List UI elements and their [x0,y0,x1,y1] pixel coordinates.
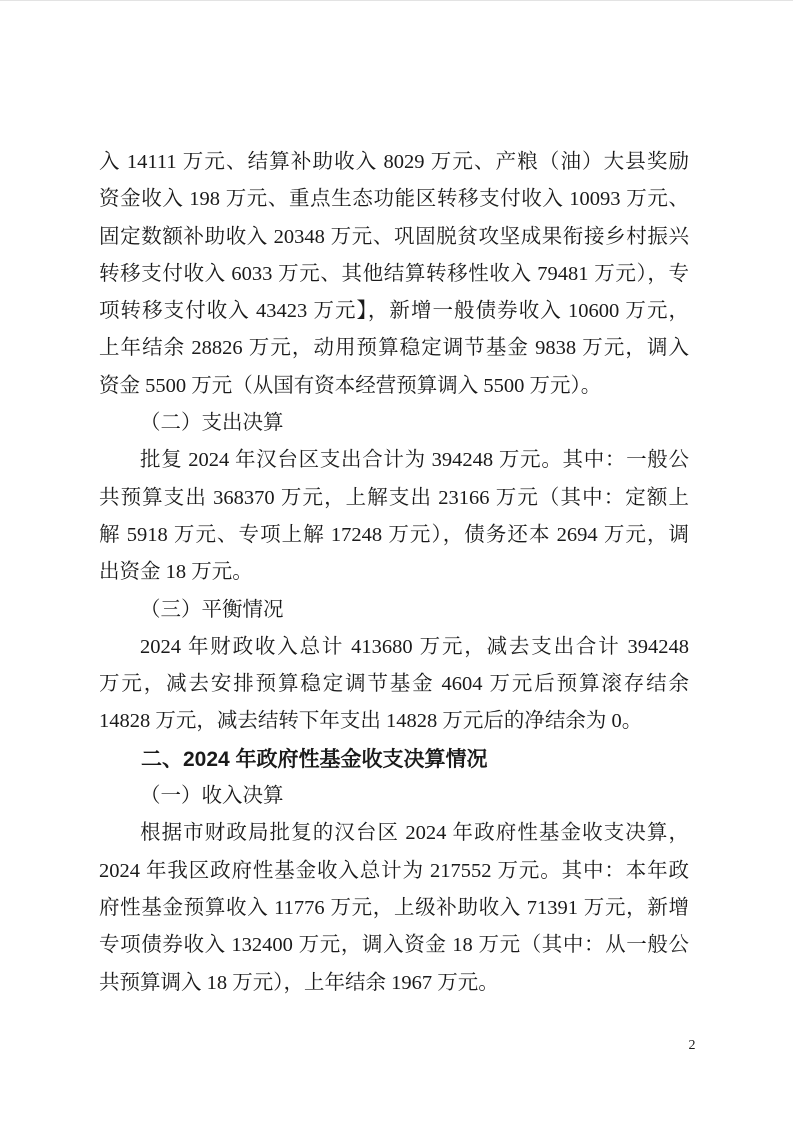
document-text-block: 入 14111 万元、结算补助收入 8029 万元、产粮（油）大县奖励 资金收入… [99,144,689,1002]
page-number: 2 [680,1037,704,1055]
body-line: 资金收入 198 万元、重点生态功能区转移支付收入 10093 万元、 [99,181,689,218]
subsection-heading-balance: （三）平衡情况 [99,592,689,629]
body-line: 共预算支出 368370 万元，上解支出 23166 万元（其中：定额上 [99,480,689,517]
subsection-heading-expenditure: （二）支出决算 [99,405,689,442]
body-line: 资金 5500 万元（从国有资本经营预算调入 5500 万元）。 [99,368,689,405]
document-page: 入 14111 万元、结算补助收入 8029 万元、产粮（油）大县奖励 资金收入… [0,0,793,1122]
body-line: 解 5918 万元、专项上解 17248 万元），债务还本 2694 万元，调 [99,517,689,554]
body-line: 批复 2024 年汉台区支出合计为 394248 万元。其中：一般公 [99,442,689,479]
body-line: 转移支付收入 6033 万元、其他结算转移性收入 79481 万元），专 [99,256,689,293]
body-line: 万元，减去安排预算稳定调节基金 4604 万元后预算滚存结余 [99,666,689,703]
body-line: 专项债券收入 132400 万元，调入资金 18 万元（其中：从一般公 [99,927,689,964]
body-line: 出资金 18 万元。 [99,554,689,591]
body-line: 入 14111 万元、结算补助收入 8029 万元、产粮（油）大县奖励 [99,144,689,181]
body-line: 固定数额补助收入 20348 万元、巩固脱贫攻坚成果衔接乡村振兴 [99,219,689,256]
section-heading-government-fund: 二、2024 年政府性基金收支决算情况 [99,741,689,778]
subsection-heading-fund-revenue: （一）收入决算 [99,778,689,815]
body-line: 2024 年财政收入总计 413680 万元，减去支出合计 394248 [99,629,689,666]
body-line: 共预算调入 18 万元），上年结余 1967 万元。 [99,965,689,1002]
body-line: 14828 万元，减去结转下年支出 14828 万元后的净结余为 0。 [99,703,689,740]
body-line: 府性基金预算收入 11776 万元，上级补助收入 71391 万元，新增 [99,890,689,927]
body-line: 上年结余 28826 万元，动用预算稳定调节基金 9838 万元，调入 [99,330,689,367]
body-line: 根据市财政局批复的汉台区 2024 年政府性基金收支决算， [99,815,689,852]
body-line: 项转移支付收入 43423 万元】，新增一般债券收入 10600 万元， [99,293,689,330]
body-line: 2024 年我区政府性基金收入总计为 217552 万元。其中：本年政 [99,853,689,890]
